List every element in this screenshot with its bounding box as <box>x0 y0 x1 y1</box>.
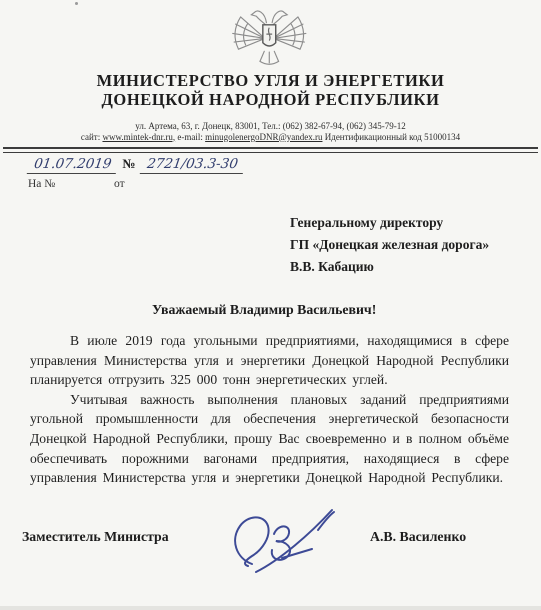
web-contact-line: сайт: www.mintek-dnr.ru, e-mail: minugol… <box>0 132 541 143</box>
reference-labels: На № от <box>28 178 55 190</box>
from-label: от <box>114 178 125 190</box>
email-link[interactable]: minugolenergoDNR@yandex.ru <box>205 132 322 142</box>
recipient-name: В.В. Кабацию <box>290 256 489 278</box>
ministry-title: МИНИСТЕРСТВО УГЛЯ И ЭНЕРГЕТИКИ ДОНЕЦКОЙ … <box>0 71 541 109</box>
contact-info: ул. Артема, 63, г. Донецк, 83001, Тел.: … <box>0 121 541 142</box>
dpr-coat-of-arms-icon <box>226 4 312 75</box>
id-code: Идентификационный код 51000134 <box>325 132 460 142</box>
body-paragraph-1: В июле 2019 года угольными предприятиями… <box>30 331 509 390</box>
reference-line: 01.07.2019 № 2721/03.3-30 <box>28 156 244 174</box>
salutation: Уважаемый Владимир Васильевич! <box>152 302 376 318</box>
recipient-block: Генеральному директору ГП «Донецкая желе… <box>290 212 489 278</box>
address-line: ул. Артема, 63, г. Донецк, 83001, Тел.: … <box>0 121 541 132</box>
recipient-position: Генеральному директору <box>290 212 489 234</box>
ministry-title-line2: ДОНЕЦКОЙ НАРОДНОЙ РЕСПУБЛИКИ <box>0 90 541 109</box>
signer-name: А.В. Василенко <box>370 529 466 545</box>
header-divider-rule <box>3 147 538 153</box>
handwritten-signature <box>222 500 350 587</box>
recipient-organization: ГП «Донецкая железная дорога» <box>290 234 489 256</box>
signer-position-title: Заместитель Министра <box>22 529 169 545</box>
number-sign: № <box>121 156 138 171</box>
ministry-title-line1: МИНИСТЕРСТВО УГЛЯ И ЭНЕРГЕТИКИ <box>0 71 541 90</box>
scanned-letter-page: МИНИСТЕРСТВО УГЛЯ И ЭНЕРГЕТИКИ ДОНЕЦКОЙ … <box>0 0 541 610</box>
handwritten-number: 2721/03.3-30 <box>140 156 245 174</box>
email-label: e-mail: <box>177 132 203 142</box>
site-label: сайт: <box>81 132 100 142</box>
scan-speck <box>75 2 78 5</box>
reply-to-label: На № <box>28 178 55 190</box>
handwritten-date: 01.07.2019 <box>27 156 119 174</box>
body-paragraph-2: Учитывая важность выполнения плановых за… <box>30 390 509 488</box>
letter-body: В июле 2019 года угольными предприятиями… <box>30 331 509 488</box>
site-url-link[interactable]: www.mintek-dnr.ru, <box>102 132 175 142</box>
